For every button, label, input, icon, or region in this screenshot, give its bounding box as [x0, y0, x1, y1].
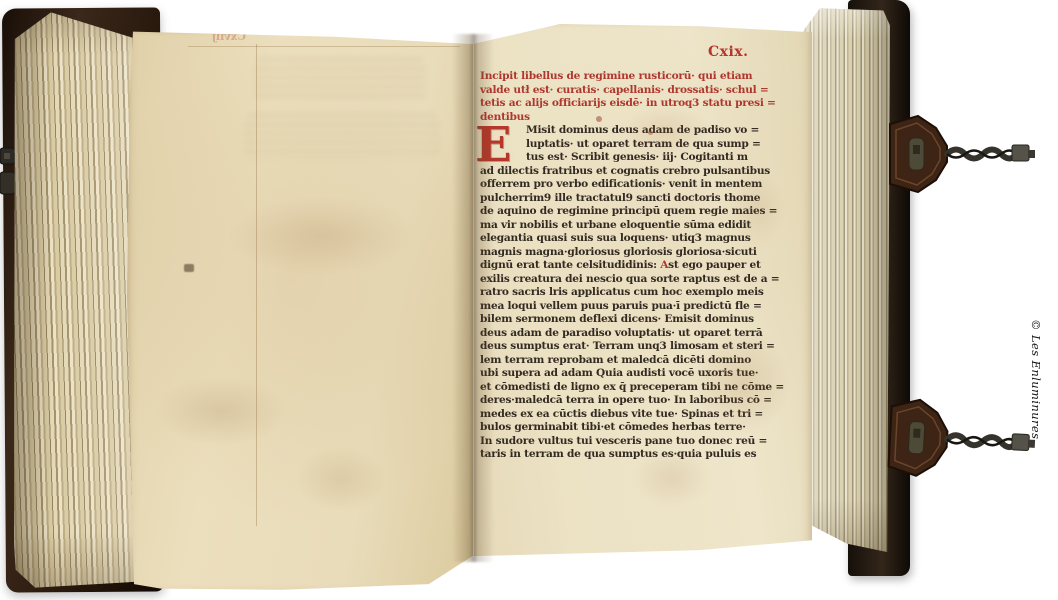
text-line: pulcherrim9 ille tractatul9 sancti docto… — [480, 192, 778, 206]
text-line: magnis magna·gloriosus gloriosis glorios… — [480, 246, 778, 260]
ruling-line — [188, 46, 460, 47]
text-line: ad dilectis fratribus et cognatis crebro… — [480, 165, 778, 179]
right-page: Cxix. Incipit libellus de regimine rusti… — [472, 18, 814, 566]
rubric-line: tetis ac alijs officiarijs eisdē· in utr… — [480, 97, 778, 111]
rubric-line: dentibus — [480, 111, 778, 125]
show-through-text — [244, 114, 440, 160]
text-line: exilis creatura dei nescio qua sorte rap… — [480, 273, 778, 287]
stain — [156, 376, 286, 446]
text-line: ma vir nobilis et urbane eloquentie sūma… — [480, 219, 778, 233]
credit-text: © Les Enluminures — [1029, 319, 1043, 439]
text-line: taris in terram de qua sumptus es·quia p… — [480, 448, 778, 462]
text-line: medes ex ea cūctis diebus vite tue· Spin… — [480, 408, 778, 422]
text-line: et cōmedisti de ligno ex q̄ preceperam t… — [480, 381, 778, 395]
text-line: offerrem pro verbo edificationis· venit … — [480, 178, 778, 192]
rubric-line: Incipit libellus de regimine rusticorū· … — [480, 70, 778, 84]
text-line: ratro sacris lris applicatus cum hoc exe… — [480, 286, 778, 300]
text-line: mea loqui vellem puus paruis pua·ī predi… — [480, 300, 778, 314]
book-clasp-bottom — [882, 394, 1038, 486]
gutter-shadow — [452, 34, 494, 562]
text-line: bilem sermonem deflexi dicens· Emisit do… — [480, 313, 778, 327]
text-line: luptatis· ut oparet terram de qua sump = — [526, 138, 778, 152]
stain — [296, 446, 386, 512]
show-through-folio: Cxviij — [212, 30, 246, 43]
text-line: de aquino de regimine principū quem regi… — [480, 205, 778, 219]
rubric-line: valde utł est· curatis· capellanis· dros… — [480, 84, 778, 98]
text-line: deus adam de paradiso voluptatis· ut opa… — [480, 327, 778, 341]
text-line: elegantia quasi suis sua loquens· utiq3 … — [480, 232, 778, 246]
text-line: deus sumptus erat· Terram unq3 limosam e… — [480, 340, 778, 354]
ink-speck — [184, 264, 194, 272]
text-line: ubi supera ad adam Quia audisti vocē uxo… — [480, 367, 778, 381]
stain — [226, 196, 416, 276]
text-block: Incipit libellus de regimine rusticorū· … — [480, 70, 778, 462]
text-line: bulos germinabit tibi·et cōmedes herbas … — [480, 421, 778, 435]
text-line: deres·maledcā terra in opere tuo· In lab… — [480, 394, 778, 408]
text-line: tus est· Scribit genesis· iij· Cogitanti… — [526, 151, 778, 165]
show-through-text — [254, 58, 426, 102]
text-line: Misit dominus deus adam de padiso vo = — [526, 124, 778, 138]
text-line: dignū erat tante celsitudidinis: Ast ego… — [480, 259, 778, 273]
folio-number: Cxix. — [708, 44, 749, 60]
left-page: Cxviij — [126, 26, 474, 592]
text-line: lem terram reprobam et maledcā dicēti do… — [480, 354, 778, 368]
book-photo: Cxviij Cxix. Incipit libellus de regimin… — [0, 0, 1058, 600]
book-clasp-top — [884, 112, 1036, 196]
text-line: In sudore vultus tui vesceris pane tuo d… — [480, 435, 778, 449]
